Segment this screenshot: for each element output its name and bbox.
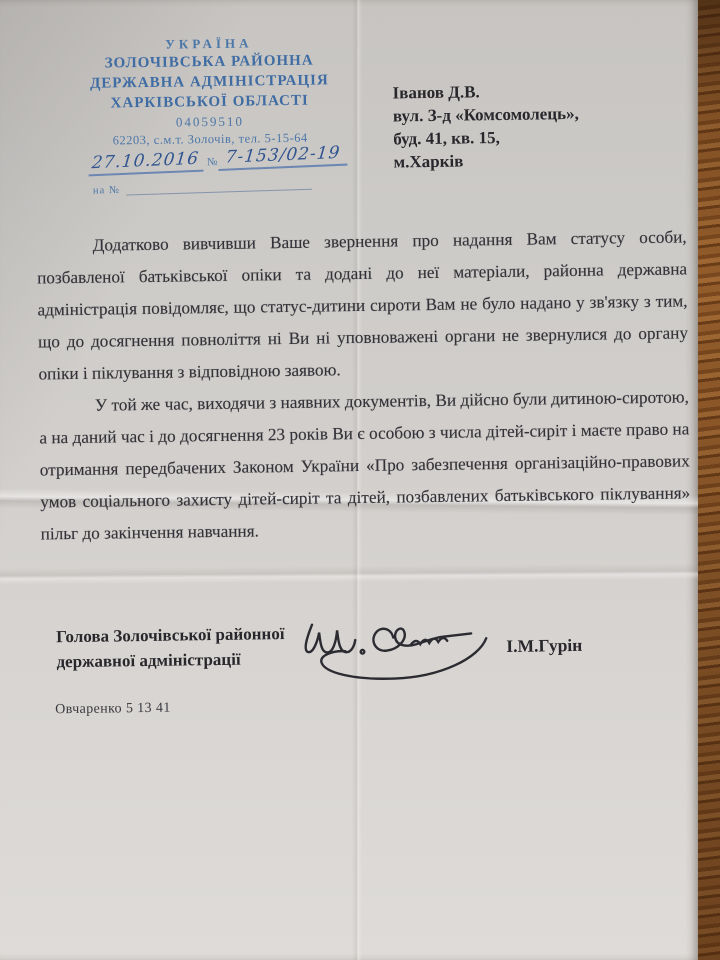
executor-line: Овчаренко 5 13 41	[55, 701, 171, 719]
body-paragraph-2: У той же час, виходячи з наявних докумен…	[39, 381, 691, 550]
signatory-name: І.М.Гурін	[506, 635, 582, 657]
letter-body: Додатково вивчивши Ваше звернення про на…	[36, 221, 690, 550]
recipient-name: Іванов Д.В.	[392, 79, 578, 105]
photo-of-official-letter: УКРАЇНА ЗОЛОЧІВСЬКА РАЙОННА ДЕРЖАВНА АДМ…	[0, 0, 720, 960]
signatory-title-line-2: державної адміністрації	[56, 646, 285, 674]
recipient-street: вул. З-д «Комсомолець»,	[393, 102, 579, 128]
letter-content: УКРАЇНА ЗОЛОЧІВСЬКА РАЙОННА ДЕРЖАВНА АДМ…	[0, 0, 705, 960]
outgoing-number-handwritten: 7-153/02-19	[218, 142, 349, 171]
body-paragraph-1: Додатково вивчивши Ваше звернення про на…	[36, 221, 688, 390]
signatory-title-line-1: Голова Золочівської районної	[56, 621, 285, 649]
reply-to-row: на №	[93, 177, 312, 197]
outgoing-date-handwritten: 27.10.2016	[88, 148, 206, 176]
recipient-city: м.Харків	[393, 148, 579, 174]
letterhead-block: УКРАЇНА ЗОЛОЧІВСЬКА РАЙОННА ДЕРЖАВНА АДМ…	[78, 34, 342, 149]
handwritten-signature-scribble	[290, 600, 511, 703]
reply-to-label: на №	[93, 185, 120, 197]
reply-to-blank-line	[126, 177, 312, 196]
recipient-block: Іванов Д.В. вул. З-д «Комсомолець», буд.…	[392, 79, 579, 174]
recipient-building: буд. 41, кв. 15,	[393, 125, 579, 151]
org-name-line-3: ХАРКІВСЬКОЇ ОБЛАСТІ	[79, 90, 341, 114]
edrpou-code: 04059510	[79, 112, 341, 132]
signatory-title: Голова Золочівської районної державної а…	[56, 621, 285, 674]
